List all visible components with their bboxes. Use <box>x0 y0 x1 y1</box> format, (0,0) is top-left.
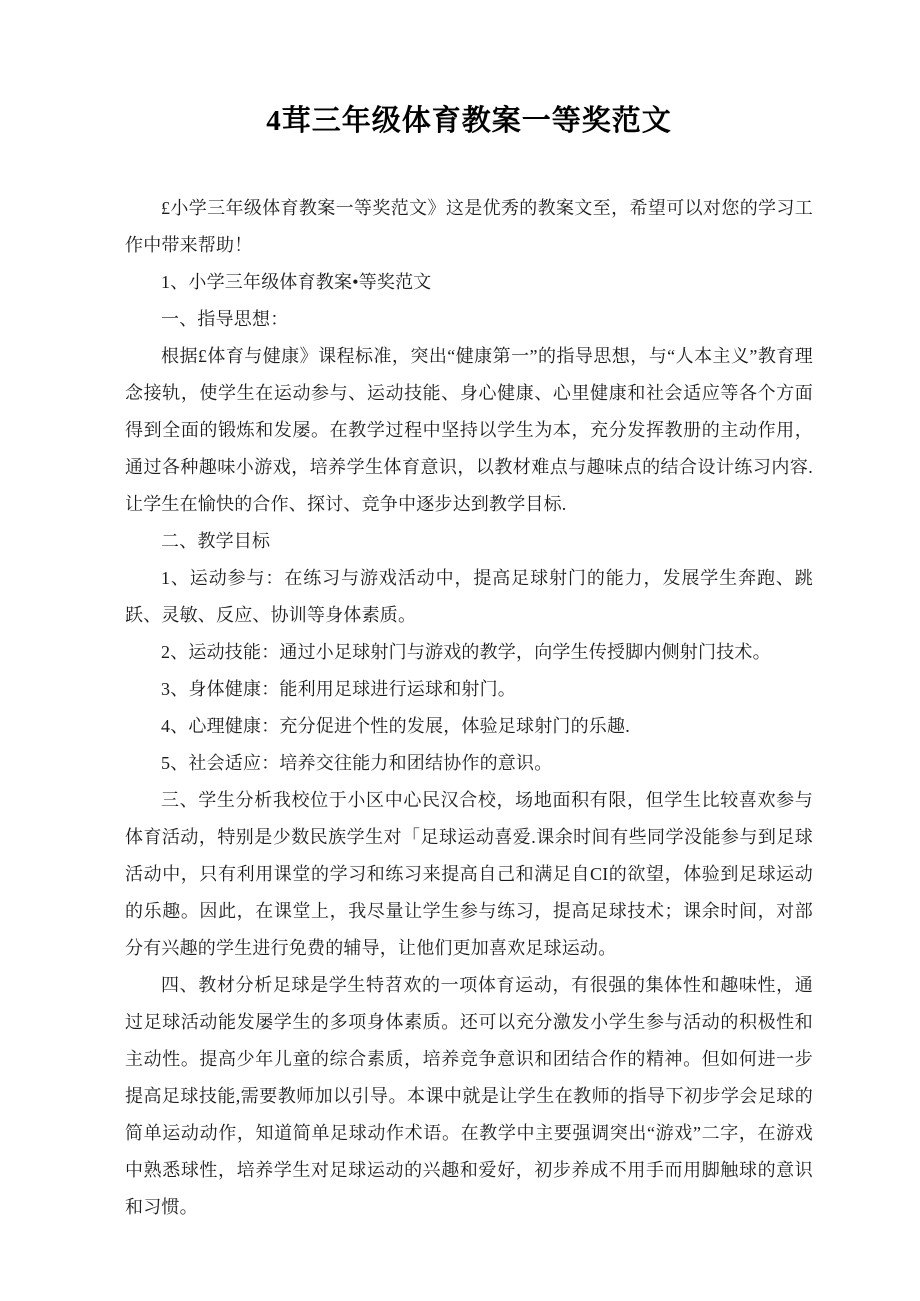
document-page: 4茸三年级体育教案一等奖范文 £小学三年级体育教案一等奖范文》这是优秀的教案文至… <box>0 0 920 1301</box>
document-title: 4茸三年级体育教案一等奖范文 <box>125 104 813 138</box>
document-body: £小学三年级体育教案一等奖范文》这是优秀的教案文至，希望可以对您的学习工作中带来… <box>125 190 813 1226</box>
paragraph-goal-3: 3、身体健康：能利用足球进行运球和射门。 <box>125 671 813 708</box>
paragraph-heading-2: 二、教学目标 <box>125 523 813 560</box>
paragraph-heading-3: 三、学生分析我校位于小区中心民汉合校，场地面积有限，但学生比较喜欢参与体育活动，… <box>125 782 813 967</box>
paragraph-goal-5: 5、社会适应：培养交往能力和团结协作的意识。 <box>125 745 813 782</box>
paragraph-heading-1: 一、指导思想： <box>125 301 813 338</box>
paragraph-guiding: 根据£体育与健康》课程标准，突出“健康第一”的指导思想，与“人本主义”教育理念接… <box>125 338 813 523</box>
paragraph-goal-4: 4、心理健康：充分促进个性的发展，体验足球射门的乐趣. <box>125 708 813 745</box>
paragraph-intro: £小学三年级体育教案一等奖范文》这是优秀的教案文至，希望可以对您的学习工作中带来… <box>125 190 813 264</box>
paragraph-heading-4: 四、教材分析足球是学生特苕欢的一项体育运动，有很强的集体性和趣味性，通过足球活动… <box>125 967 813 1226</box>
paragraph-goal-2: 2、运动技能：通过小足球射门与游戏的教学，向学生传授脚内侧射门技术。 <box>125 634 813 671</box>
paragraph-item-1: 1、小学三年级体育教案•等奖范文 <box>125 264 813 301</box>
paragraph-goal-1: 1、运动参与：在练习与游戏活动中，提高足球射门的能力，发展学生奔跑、跳跃、灵敏、… <box>125 560 813 634</box>
